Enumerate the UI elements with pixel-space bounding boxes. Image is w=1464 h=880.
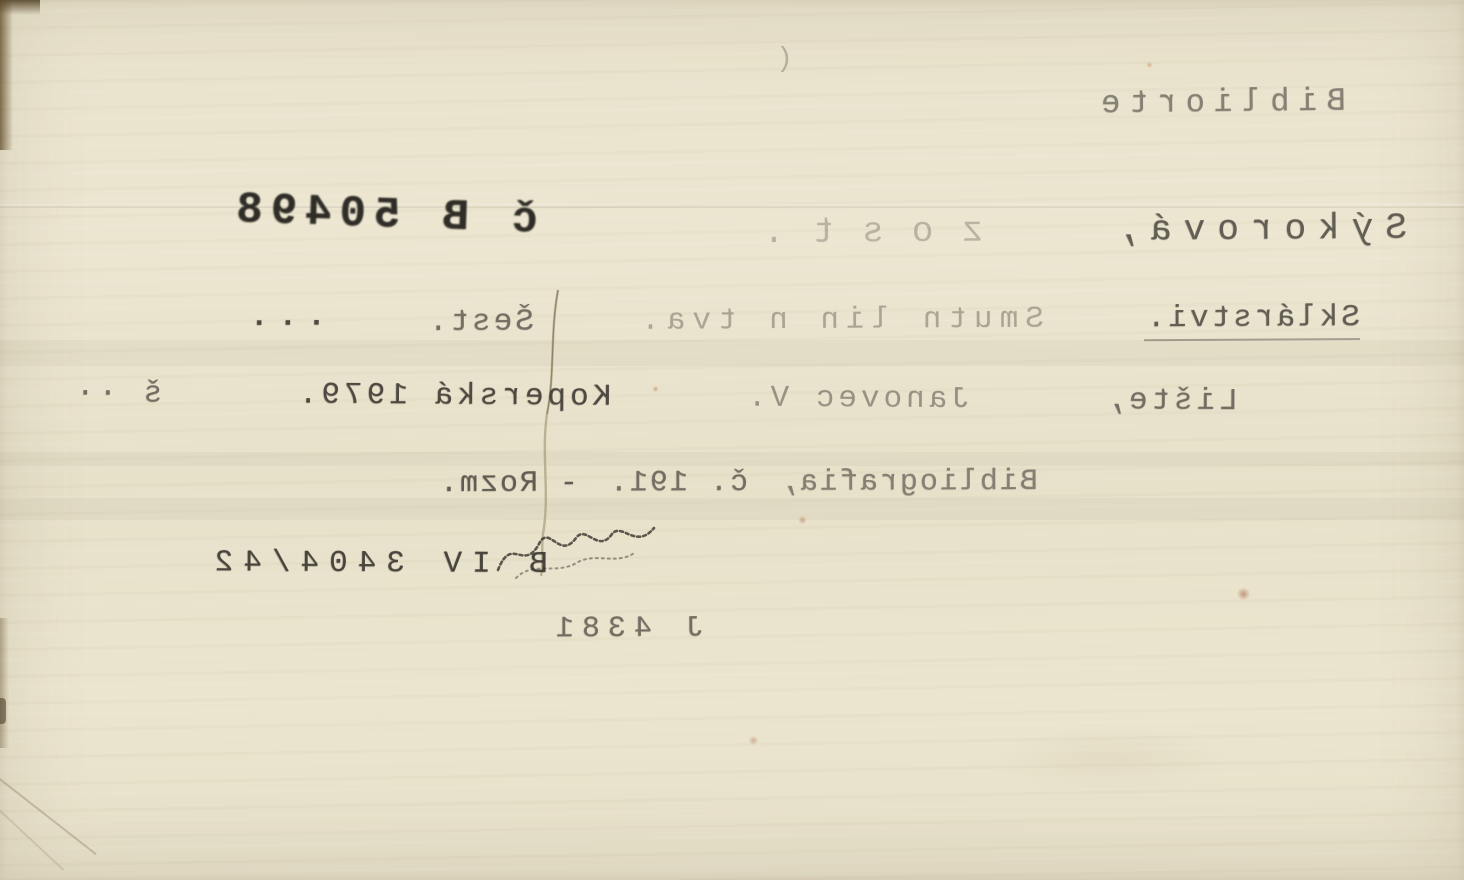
author-name: Sýkorová, xyxy=(1104,208,1407,251)
call-number-line: č B 50498 xyxy=(219,184,539,245)
stain xyxy=(1146,62,1153,68)
series-number: č. 191. xyxy=(608,466,748,500)
scan-band xyxy=(0,340,1464,366)
stray-mark-text: ( xyxy=(776,44,793,75)
author-line: Sýkorová, zost. xyxy=(735,208,1407,254)
header-note-line: Bibliorte xyxy=(1088,83,1346,123)
title-dots: ··· xyxy=(240,305,326,340)
call-number-text: č B 50498 xyxy=(228,185,539,246)
paper-edge-nick xyxy=(0,698,6,724)
imprint-line: Lište, Janovec V. Koperská 1979. š ·· xyxy=(72,376,1238,419)
scan-band xyxy=(0,452,1464,466)
scan-band xyxy=(0,498,1464,520)
imprint-place: Lište, xyxy=(1102,383,1238,419)
stain xyxy=(798,516,807,524)
scanned-card: Bibliorte ( č B 50498 Sýkorová, zost. Sk… xyxy=(0,0,1464,880)
author-addendum: zost. xyxy=(735,211,983,254)
accession-line: J 4381 xyxy=(528,612,704,647)
title-line: Sklárstvi. Smutn lin n tva. Šest. ··· xyxy=(240,300,1360,346)
stain xyxy=(990,724,1230,794)
stain xyxy=(1236,588,1251,600)
title-text: Sklárstvi. xyxy=(1144,300,1360,341)
corner-crease xyxy=(0,772,97,855)
stain xyxy=(748,736,759,745)
title-middle-text: Smutn lin n tva. xyxy=(634,302,1044,339)
imprint-tail: š ·· xyxy=(72,376,163,412)
imprint-name: Janovec V. xyxy=(744,381,970,418)
series-label: Bibliografia, xyxy=(778,465,1038,500)
title-tail-text: Šest. xyxy=(426,304,534,340)
paper-edge-shadow xyxy=(0,0,13,150)
handwritten-scribble xyxy=(486,512,666,602)
accession-text: J 4381 xyxy=(548,612,704,647)
imprint-publisher-year: Koperská 1979. xyxy=(295,377,612,414)
series-line: Bibliografia, č. 191. - Rozm. xyxy=(438,465,1038,501)
header-note-text: Bibliorte xyxy=(1092,83,1346,123)
stray-mark: ( xyxy=(776,44,793,75)
series-note: - Rozm. xyxy=(438,467,578,501)
paper-edge-shadow xyxy=(0,618,9,748)
corner-crease xyxy=(0,806,64,870)
